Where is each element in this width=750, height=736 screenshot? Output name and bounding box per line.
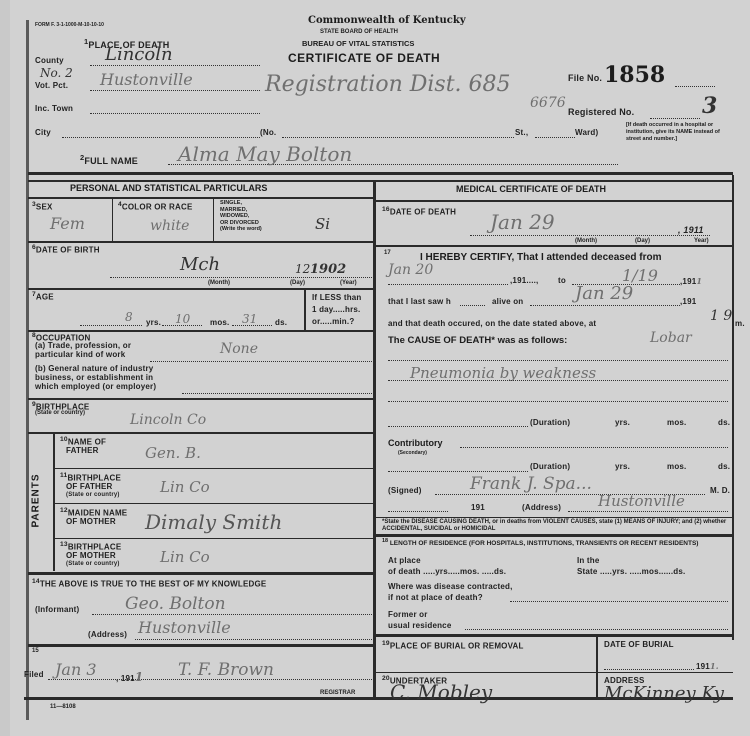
duration-yrs-2: yrs.: [615, 462, 630, 471]
cause-line: [388, 380, 728, 381]
occupation-value: None: [220, 341, 258, 357]
birthplace-caption: (State or country): [35, 410, 85, 416]
last-saw-label: that I last saw h: [388, 297, 451, 306]
city-label: City: [35, 128, 51, 137]
race-value: white: [150, 218, 189, 234]
burial-place-label: 19PLACE OF BURIAL OR REMOVAL: [382, 640, 524, 651]
informant-address-value: Hustonville: [138, 618, 231, 637]
occupation-trade-line: [150, 361, 372, 362]
ward-line: [535, 137, 575, 138]
physician-address-value: Hustonville: [598, 492, 685, 510]
minutes-label: or.....min.?: [312, 317, 354, 326]
informant-address-label: (Address): [88, 630, 127, 639]
filed-label: Filed: [24, 670, 44, 679]
inc-town-label: Inc. Town: [35, 104, 73, 113]
signed-label: (Signed): [388, 486, 422, 495]
father-birthplace-value: Lin Co: [160, 478, 210, 496]
age-years-value: 8: [125, 310, 133, 324]
cause-of-death-label: The CAUSE OF DEATH* was as follows:: [388, 335, 567, 346]
commonwealth-title: Commonwealth of Kentucky: [308, 15, 466, 26]
signed-year-label: 191: [471, 503, 485, 512]
file-number-value: 1858: [604, 62, 665, 88]
death-day-caption: (Day): [635, 238, 650, 244]
occupation-industry-line: [182, 393, 372, 394]
age-days-caption: ds.: [275, 318, 287, 327]
death-month-caption: (Month): [575, 238, 597, 244]
alive-on-label: alive on: [492, 297, 523, 306]
registered-number-label: Registered No.: [568, 107, 634, 117]
undertaker-address-value: McKinney Ky: [604, 683, 724, 704]
age-years-caption: yrs.: [146, 318, 161, 327]
place-duration-label: of death .....yrs.....mos. .....ds.: [388, 567, 506, 576]
divider: [28, 572, 373, 575]
registration-district: Registration Dist. 685: [265, 72, 511, 97]
divider: [28, 432, 373, 434]
duration-yrs: yrs.: [615, 418, 630, 427]
personal-section-title: PERSONAL AND STATISTICAL PARTICULARS: [70, 183, 267, 193]
where-contracted-label: Where was disease contracted,: [388, 582, 513, 591]
birth-month-caption: (Month): [208, 280, 230, 286]
cause-line: [388, 360, 728, 361]
city-line: [62, 137, 260, 138]
death-time-value: 1 9: [710, 308, 732, 324]
birth-day-caption: (Day): [290, 280, 305, 286]
duration-line: [388, 426, 528, 427]
registered-number-line: [650, 118, 700, 119]
age-months-value: 10: [175, 312, 190, 326]
registrar-value: T. F. Brown: [178, 660, 274, 680]
divider: [55, 503, 373, 504]
attended-to-year: ,1911: [680, 276, 702, 286]
duration-ds-2: ds.: [718, 462, 730, 471]
registered-number-value: 3: [702, 93, 717, 119]
md-label: M. D.: [710, 486, 730, 495]
filed-year: , 1911: [116, 670, 143, 684]
cause-of-death-value-1: Lobar: [650, 330, 692, 346]
informant-label: (Informant): [35, 605, 79, 614]
cause-line: [388, 401, 728, 402]
contributory-line: [460, 447, 728, 448]
divider: [376, 200, 733, 202]
form-code: 11—8108: [50, 704, 76, 710]
informant-title: 14THE ABOVE IS TRUE TO THE BEST OF MY KN…: [32, 578, 266, 589]
main-top-rule: [28, 172, 733, 175]
age-months-caption: mos.: [210, 318, 229, 327]
divider: [376, 517, 733, 518]
age-label: 7AGE: [32, 291, 54, 302]
file-number-line: [675, 86, 715, 87]
secondary-label: (Secondary): [398, 450, 427, 456]
divider: [28, 241, 373, 243]
medical-section-title: MEDICAL CERTIFICATE OF DEATH: [456, 184, 606, 194]
divider: [376, 672, 733, 673]
duration-mos: mos.: [667, 418, 686, 427]
divider: [55, 538, 373, 539]
county-line: [90, 65, 260, 66]
certify-number: 17: [384, 250, 391, 256]
attended-from-year: ,191....,: [510, 276, 538, 285]
father-name-label: 10NAME OF FATHER: [60, 436, 106, 455]
date-of-death-year: , 1911: [678, 225, 704, 235]
divider: [376, 534, 733, 537]
physician-address-label: (Address): [522, 503, 561, 512]
age-days-value: 31: [242, 312, 257, 326]
residence-title: 18 LENGTH OF RESIDENCE (FOR HOSPITALS, I…: [382, 538, 732, 547]
divider: [28, 180, 373, 182]
primary-registration: 6676: [530, 95, 566, 111]
informant-value: Geo. Bolton: [125, 594, 226, 614]
burial-date-line: [604, 669, 694, 670]
duration-line: [388, 471, 528, 472]
filed-number: 15: [32, 648, 39, 654]
county-label: County: [35, 56, 64, 65]
divider: [304, 290, 306, 330]
attended-from-value: Jan 20: [388, 262, 433, 278]
column-divider: [373, 180, 376, 700]
divider: [55, 468, 373, 469]
mother-birthplace-value: Lin Co: [160, 548, 210, 566]
divider: [213, 199, 214, 241]
sex-label: 3SEX: [32, 201, 53, 212]
divider: [28, 197, 373, 199]
informant-address-line: [135, 639, 372, 640]
full-name-label: 2FULL NAME: [80, 153, 138, 166]
county-value: Lincoln: [105, 44, 173, 65]
cause-footnote: *State the DISEASE CAUSING DEATH, or in …: [382, 519, 732, 533]
contributory-label: Contributory: [388, 438, 443, 448]
filed-date-value: Jan 3: [55, 660, 97, 679]
usual-residence-line: [465, 629, 728, 630]
form-number: FORM F. 3-1-1000-M-10-10-10: [35, 22, 104, 28]
in-the-label: In the: [577, 556, 600, 565]
contracted-line: [510, 601, 728, 602]
age-years-line: [80, 325, 142, 326]
duration-mos-2: mos.: [667, 462, 686, 471]
birth-day-value: 12: [295, 262, 310, 276]
registrar-label: REGISTRAR: [320, 690, 355, 696]
burial-year: 1911.: [696, 661, 719, 671]
at-place-label: At place: [388, 556, 421, 565]
usual-residence-label: usual residence: [388, 621, 451, 630]
alive-on-year: ,191: [680, 297, 696, 306]
date-of-death-label: 16DATE OF DEATH: [382, 206, 456, 217]
burial-date-label: DATE OF BURIAL: [604, 640, 674, 649]
birth-year-caption: (Year): [340, 280, 357, 286]
occupation-trade-label: (a) Trade, profession, or particular kin…: [35, 341, 131, 359]
undertaker-value: C. Mobley: [390, 680, 492, 704]
alive-on-value: Jan 29: [575, 283, 633, 304]
precinct-number: No. 2: [40, 66, 73, 80]
attended-from-line: [388, 284, 508, 285]
attended-to-label: to: [558, 276, 566, 285]
occupation-industry-label: (b) General nature of industry business,…: [35, 364, 156, 391]
father-name-value: Gen. B.: [145, 444, 201, 462]
date-of-death-line: [470, 235, 710, 236]
full-name-value: Alma May Bolton: [178, 142, 352, 166]
divider: [596, 636, 598, 700]
father-birthplace-label: 11BIRTHPLACE OF FATHER (State or country…: [60, 472, 121, 499]
divider: [376, 634, 733, 637]
mother-name-value: Dimaly Smith: [145, 510, 282, 534]
divider: [28, 288, 373, 290]
if-not-place-label: if not at place of death?: [388, 593, 483, 602]
alive-on-line: [530, 305, 680, 306]
hospital-note: [If death occurred in a hospital or inst…: [626, 122, 722, 143]
street-line: [282, 137, 514, 138]
signed-value: Frank J. Spa...: [470, 474, 592, 494]
duration-label-2: (Duration): [530, 462, 570, 471]
voting-precinct-label: Vot. Pct.: [35, 81, 68, 90]
state-duration-label: State .....yrs. .....mos......ds.: [577, 567, 685, 576]
race-label: 4COLOR OR RACE: [118, 201, 193, 212]
signed-date-line: [388, 511, 448, 512]
birth-date-label: 6DATE OF BIRTH: [32, 244, 100, 255]
parents-label: PARENTS: [26, 440, 52, 570]
duration-ds: ds.: [718, 418, 730, 427]
hours-label: 1 day.....hrs.: [312, 305, 360, 314]
date-of-death-value: Jan 29: [490, 210, 555, 234]
file-number-label: File No.: [568, 73, 602, 83]
marital-status-value: Si: [315, 215, 330, 233]
bureau-title: BUREAU OF VITAL STATISTICS: [302, 39, 414, 48]
death-year-caption: Year): [694, 238, 709, 244]
street-label: St.,: [515, 128, 528, 137]
birth-year-value: 1902: [310, 262, 346, 277]
birth-date-line: [110, 277, 372, 278]
precinct-line: [90, 90, 260, 91]
street-no-label: (No.: [260, 128, 276, 137]
former-label: Former or: [388, 610, 428, 619]
certificate-title: CERTIFICATE OF DEATH: [288, 51, 440, 65]
birthplace-value: Lincoln Co: [130, 412, 206, 428]
physician-address-line: [568, 511, 728, 512]
duration-label: (Duration): [530, 418, 570, 427]
mother-name-label: 12MAIDEN NAME OF MOTHER: [60, 507, 127, 526]
mother-birthplace-label: 13BIRTHPLACE OF MOTHER (State or country…: [60, 541, 121, 568]
sex-value: Fem: [50, 214, 85, 233]
board-title: STATE BOARD OF HEALTH: [320, 29, 398, 35]
certify-statement: I HEREBY CERTIFY, That I attended deceas…: [420, 252, 662, 263]
less-than-label: If LESS than: [312, 293, 362, 302]
ward-label: Ward): [575, 128, 598, 137]
death-time-unit: m.: [735, 319, 745, 328]
left-margin-rule: [26, 20, 29, 720]
marital-status-label: SINGLE, MARRIED, WIDOWED, OR DIVORCED (W…: [220, 200, 262, 233]
informant-line: [92, 614, 372, 615]
inc-town-line: [90, 113, 260, 114]
divider: [28, 398, 373, 400]
death-certificate: FORM F. 3-1-1000-M-10-10-10 Commonwealth…: [10, 0, 750, 736]
pronoun-line: [460, 305, 485, 306]
divider: [376, 245, 733, 247]
divider: [112, 199, 113, 241]
precinct-value: Hustonville: [100, 70, 193, 89]
divider: [28, 644, 373, 647]
birth-month-value: Mch: [180, 254, 220, 275]
death-occurred-label: and that death occured, on the date stat…: [388, 319, 596, 328]
divider: [376, 180, 733, 182]
